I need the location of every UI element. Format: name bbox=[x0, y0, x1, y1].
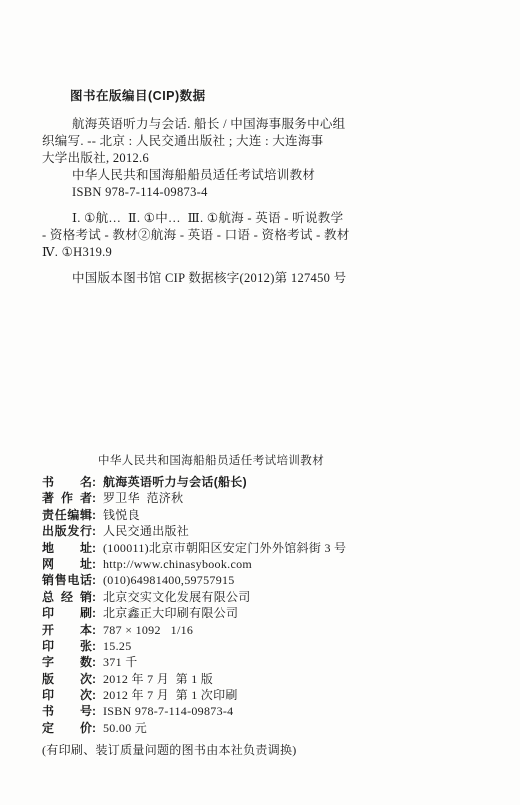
colophon-row: 书号:ISBN 978-7-114-09873-4 bbox=[42, 703, 482, 719]
colophon-row: 网址:http://www.chinasybook.com bbox=[42, 556, 482, 572]
cip-line: ISBN 978-7-114-09873-4 bbox=[42, 184, 472, 201]
colophon-row: 出版发行:人民交通出版社 bbox=[42, 523, 482, 539]
colophon-row-value: 人民交通出版社 bbox=[103, 524, 189, 538]
colophon-row-label: 著作者 bbox=[42, 490, 92, 506]
colophon-row: 字数:371 千 bbox=[42, 654, 482, 670]
colophon-row-separator: : bbox=[92, 541, 96, 555]
colophon-row: 地址:(100011)北京市朝阳区安定门外外馆斜街 3 号 bbox=[42, 540, 482, 556]
colophon-rows: 书名:航海英语听力与会话(船长)著作者:罗卫华 范济秋责任编辑:钱悦良出版发行:… bbox=[42, 474, 482, 736]
colophon-row-label: 网址 bbox=[42, 556, 92, 572]
colophon-row-separator: : bbox=[92, 655, 96, 669]
colophon-row-label: 定价 bbox=[42, 720, 92, 736]
colophon-row-label: 开本 bbox=[42, 622, 92, 638]
cip-line: Ⅰ. ①航… Ⅱ. ①中… Ⅲ. ①航海 - 英语 - 听说教学 bbox=[42, 210, 472, 227]
colophon-row-label: 总经销 bbox=[42, 589, 92, 605]
colophon-row-separator: : bbox=[92, 606, 96, 620]
colophon-row-value: (010)64981400,59757915 bbox=[103, 573, 235, 587]
colophon-row: 著作者:罗卫华 范济秋 bbox=[42, 490, 482, 506]
colophon-row-label: 书号 bbox=[42, 703, 92, 719]
colophon-row: 销售电话:(010)64981400,59757915 bbox=[42, 572, 482, 588]
cip-heading: 图书在版编目(CIP)数据 bbox=[42, 86, 472, 104]
colophon-row-label: 印刷 bbox=[42, 605, 92, 621]
colophon-row-value: 北京鑫正大印刷有限公司 bbox=[103, 606, 238, 620]
colophon-row: 书名:航海英语听力与会话(船长) bbox=[42, 474, 482, 490]
colophon-row-value: 50.00 元 bbox=[103, 721, 147, 735]
colophon-row-value: ISBN 978-7-114-09873-4 bbox=[103, 704, 233, 718]
series-title: 中华人民共和国海船船员适任考试培训教材 bbox=[42, 452, 482, 468]
colophon-row-label: 字数 bbox=[42, 654, 92, 670]
cip-line: Ⅳ. ①H319.9 bbox=[42, 244, 472, 261]
colophon-row-value: (100011)北京市朝阳区安定门外外馆斜街 3 号 bbox=[103, 541, 346, 555]
colophon-row-label: 销售电话 bbox=[42, 572, 92, 588]
colophon-row-value: 787 × 1092 1/16 bbox=[103, 623, 193, 637]
colophon-row-value: 2012 年 7 月 第 1 版 bbox=[103, 672, 213, 686]
colophon-row-separator: : bbox=[92, 475, 96, 489]
colophon-row-separator: : bbox=[92, 623, 96, 637]
colophon-row-value: 钱悦良 bbox=[103, 508, 140, 522]
colophon-row-separator: : bbox=[92, 573, 96, 587]
colophon-row-value: 罗卫华 范济秋 bbox=[103, 491, 183, 505]
cip-line: 大学出版社, 2012.6 bbox=[42, 150, 472, 167]
cip-line: 航海英语听力与会话. 船长 / 中国海事服务中心组 bbox=[42, 116, 472, 133]
colophon-row-separator: : bbox=[92, 590, 96, 604]
colophon-block: 中华人民共和国海船船员适任考试培训教材 书名:航海英语听力与会话(船长)著作者:… bbox=[42, 452, 482, 758]
colophon-row-label: 责任编辑 bbox=[42, 507, 92, 523]
colophon-row-value: http://www.chinasybook.com bbox=[103, 557, 252, 571]
colophon-row: 印次:2012 年 7 月 第 1 次印刷 bbox=[42, 687, 482, 703]
colophon-row-separator: : bbox=[92, 508, 96, 522]
cip-line: 中国版本图书馆 CIP 数据核字(2012)第 127450 号 bbox=[42, 270, 472, 287]
cip-line: 中华人民共和国海船船员适任考试培训教材 bbox=[42, 167, 472, 184]
colophon-row: 开本:787 × 1092 1/16 bbox=[42, 622, 482, 638]
colophon-row-label: 出版发行 bbox=[42, 523, 92, 539]
colophon-row-value: 15.25 bbox=[103, 639, 132, 653]
colophon-row-separator: : bbox=[92, 557, 96, 571]
colophon-row-label: 印次 bbox=[42, 687, 92, 703]
colophon-row-value: 371 千 bbox=[103, 655, 138, 669]
colophon-row-label: 书名 bbox=[42, 474, 92, 490]
colophon-row: 定价:50.00 元 bbox=[42, 720, 482, 736]
quality-note: (有印刷、装订质量问题的图书由本社负责调换) bbox=[42, 741, 482, 758]
colophon-row-separator: : bbox=[92, 524, 96, 538]
book-copyright-page: 图书在版编目(CIP)数据 航海英语听力与会话. 船长 / 中国海事服务中心组织… bbox=[0, 0, 520, 805]
cip-paragraphs: 航海英语听力与会话. 船长 / 中国海事服务中心组织编写. -- 北京 : 人民… bbox=[42, 116, 472, 287]
colophon-row-separator: : bbox=[92, 688, 96, 702]
colophon-row-label: 版次 bbox=[42, 671, 92, 687]
colophon-row: 总经销:北京交实文化发展有限公司 bbox=[42, 589, 482, 605]
colophon-row-label: 地址 bbox=[42, 540, 92, 556]
colophon-row-value: 2012 年 7 月 第 1 次印刷 bbox=[103, 688, 238, 702]
colophon-row-separator: : bbox=[92, 491, 96, 505]
colophon-row: 责任编辑:钱悦良 bbox=[42, 507, 482, 523]
colophon-row-value: 北京交实文化发展有限公司 bbox=[103, 590, 251, 604]
colophon-row-label: 印张 bbox=[42, 638, 92, 654]
colophon-row-separator: : bbox=[92, 721, 96, 735]
colophon-row-separator: : bbox=[92, 672, 96, 686]
colophon-row: 印刷:北京鑫正大印刷有限公司 bbox=[42, 605, 482, 621]
colophon-row-separator: : bbox=[92, 639, 96, 653]
colophon-row-separator: : bbox=[92, 704, 96, 718]
colophon-row: 印张:15.25 bbox=[42, 638, 482, 654]
colophon-row: 版次:2012 年 7 月 第 1 版 bbox=[42, 671, 482, 687]
cip-line: 织编写. -- 北京 : 人民交通出版社 ; 大连 : 大连海事 bbox=[42, 133, 472, 150]
cip-block: 图书在版编目(CIP)数据 航海英语听力与会话. 船长 / 中国海事服务中心组织… bbox=[42, 86, 472, 287]
cip-line: - 资格考试 - 教材②航海 - 英语 - 口语 - 资格考试 - 教材 bbox=[42, 227, 472, 244]
colophon-row-value: 航海英语听力与会话(船长) bbox=[103, 475, 247, 489]
